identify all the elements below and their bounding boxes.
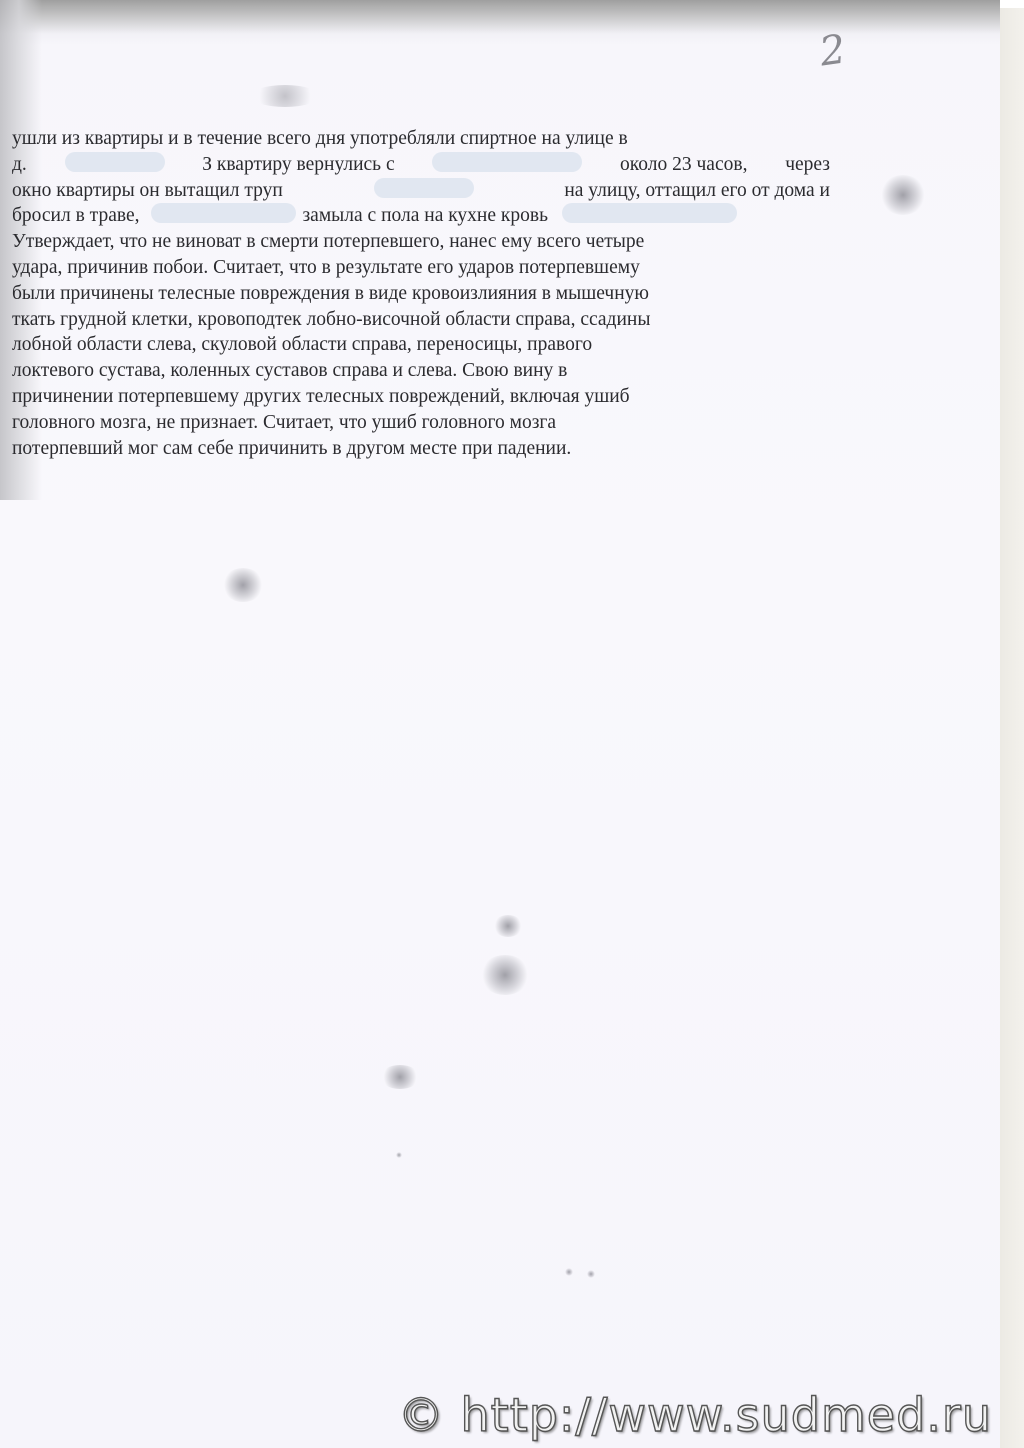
copyright-watermark: © http://www.sudmed.ru — [398, 1388, 992, 1442]
text-line: были причинены телесные повреждения в ви… — [12, 281, 830, 307]
smudge-mark — [222, 568, 264, 602]
text-line: удара, причинив побои. Считает, что в ре… — [12, 255, 830, 281]
smudge-mark — [380, 1065, 420, 1089]
redacted-name — [151, 203, 296, 223]
text-line-content: локтевого сустава, коленных суставов спр… — [12, 358, 567, 384]
text-line: причинении потерпевшему других телесных … — [12, 384, 830, 410]
text-line: головного мозга, не признает. Считает, ч… — [12, 410, 830, 436]
document-body: ушли из квартиры и в течение всего дня у… — [12, 126, 830, 461]
redacted-name — [65, 152, 165, 172]
text-line-content: Утверждает, что не виноват в смерти поте… — [12, 229, 644, 255]
speck-mark — [587, 1270, 595, 1278]
text-line-content: лобной области слева, скуловой области с… — [12, 332, 592, 358]
text-fragment: замыла с пола на кухне кровь — [302, 203, 547, 229]
text-fragment: на улицу, оттащил его от дома и — [564, 178, 830, 204]
text-line: ткать грудной клетки, кровоподтек лобно-… — [12, 307, 830, 333]
smudge-mark — [493, 915, 523, 937]
text-line: ушли из квартиры и в течение всего дня у… — [12, 126, 830, 152]
text-line: окно квартиры он вытащил труп на улицу, … — [12, 178, 830, 204]
scanner-edge — [1000, 0, 1024, 1448]
smudge-mark — [480, 955, 530, 995]
text-fragment: бросил в траве, — [12, 203, 139, 229]
page-fold-shadow — [0, 0, 1000, 45]
text-line-content: потерпевший мог сам себе причинить в дру… — [12, 436, 571, 462]
text-line-content: головного мозга, не признает. Считает, ч… — [12, 410, 556, 436]
text-line: локтевого сустава, коленных суставов спр… — [12, 358, 830, 384]
text-line: д. З квартиру вернулись с около 23 часов… — [12, 152, 830, 178]
text-fragment: д. — [12, 152, 27, 178]
text-line: Утверждает, что не виноват в смерти поте… — [12, 229, 830, 255]
text-line: потерпевший мог сам себе причинить в дру… — [12, 436, 830, 462]
text-fragment: через — [785, 152, 830, 178]
text-fragment: З квартиру вернулись с — [202, 152, 394, 178]
text-line: бросил в траве, замыла с пола на кухне к… — [12, 203, 830, 229]
text-line-content: были причинены телесные повреждения в ви… — [12, 281, 649, 307]
text-fragment: окно квартиры он вытащил труп — [12, 178, 283, 204]
smudge-mark — [250, 85, 320, 107]
smudge-mark — [880, 175, 926, 215]
text-line-content: удара, причинив побои. Считает, что в ре… — [12, 255, 640, 281]
speck-mark — [565, 1268, 573, 1276]
speck-mark — [396, 1152, 402, 1158]
redacted-name — [562, 203, 737, 223]
text-fragment: около 23 часов, — [620, 152, 747, 178]
text-line-content: причинении потерпевшему других телесных … — [12, 384, 630, 410]
text-line-content: ткать грудной клетки, кровоподтек лобно-… — [12, 307, 650, 333]
redacted-name — [374, 178, 474, 198]
redacted-name — [432, 152, 582, 172]
text-line-content: ушли из квартиры и в течение всего дня у… — [12, 126, 628, 152]
text-line: лобной области слева, скуловой области с… — [12, 332, 830, 358]
